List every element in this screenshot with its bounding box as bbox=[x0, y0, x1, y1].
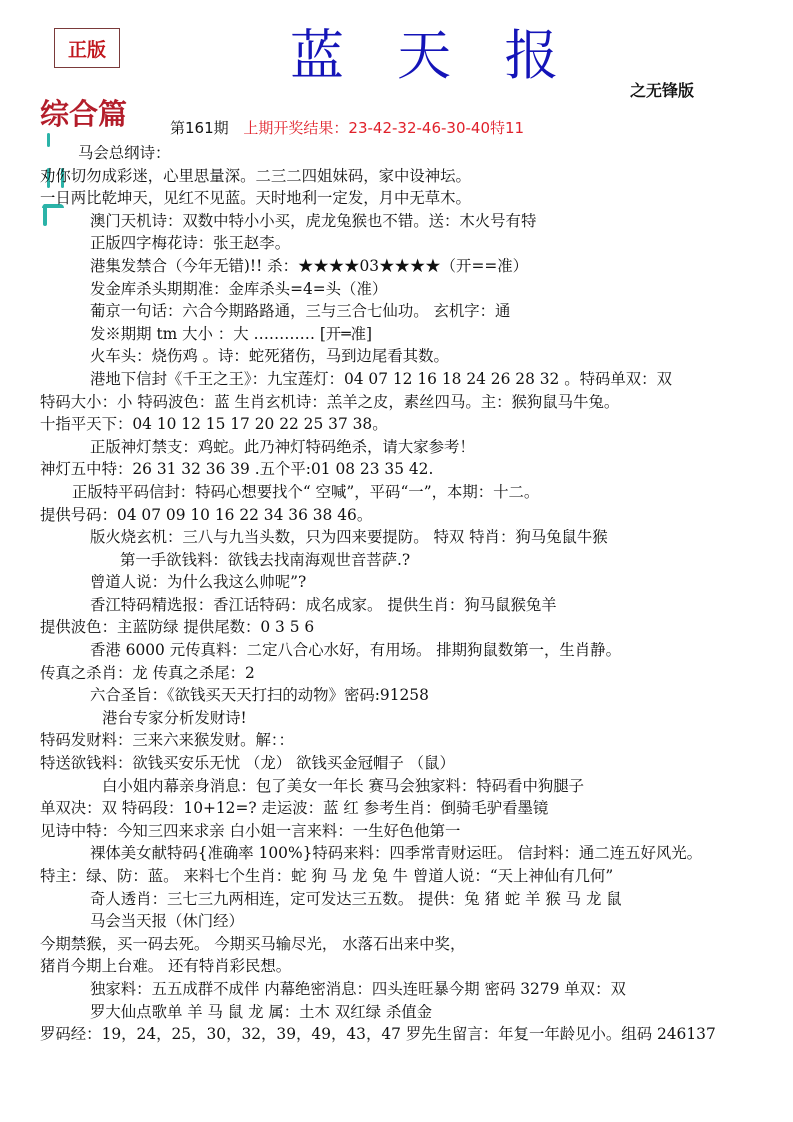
edition-label: 之无锋版 bbox=[630, 78, 694, 101]
text-line: 火车头：烧伤鸡 。诗：蛇死猪伤，马到边尾看其数。 bbox=[40, 345, 780, 368]
text-line: 提供号码：04 07 09 10 16 22 34 36 38 46。 bbox=[40, 504, 780, 527]
text-line: 特码发财料：三来六来猴发财。解：： bbox=[40, 729, 780, 752]
text-line: 葡京一句话：六合今期路路通，三与三合七仙功。 玄机字：通 bbox=[40, 300, 780, 323]
text-line: 特主：绿、防：蓝。 来料七个生肖：蛇 狗 马 龙 兔 牛 曾道人说：“天上神仙有… bbox=[40, 865, 780, 888]
text-line: 第一手欲钱料：欲钱去找南海观世音菩萨.? bbox=[40, 549, 780, 572]
text-line: 今期禁猴，买一码去死。 今期买马输尽光， 水落石出来中奖， bbox=[40, 933, 780, 956]
text-line: 猪肖今期上台难。 还有特肖彩民想。 bbox=[40, 955, 780, 978]
text-line: 版火烧玄机：三八与九当头数，只为四来要提防。 特双 特肖：狗马兔鼠牛猴 bbox=[40, 526, 780, 549]
text-line: 裸体美女献特码{准确率 100%}特码来料：四季常青财运旺。 信封料：通二连五好… bbox=[40, 842, 780, 865]
text-line: 发金库杀头期期准：金库杀头=4=头（准） bbox=[40, 278, 780, 301]
text-line: 一日两比乾坤天，见红不见蓝。天时地利一定发，月中无草木。 bbox=[40, 187, 780, 210]
issue-row: 第161期 上期开奖结果：23-42-32-46-30-40特11 bbox=[170, 117, 524, 138]
section-heading: 综合篇 bbox=[40, 92, 127, 133]
text-line: 六合圣旨：《欲钱买天天打扫的动物》密码:91258 bbox=[40, 684, 780, 707]
text-line: 罗码经：19，24，25，30，32，39，49，43，47 罗先生留言：年复一… bbox=[40, 1023, 780, 1046]
text-line: 白小姐内幕亲身消息：包了美女一年长 赛马会独家料：特码看中狗腿子 bbox=[40, 775, 780, 798]
text-line: 正版神灯禁支：鸡蛇。此乃神灯特码绝杀，请大家参考！ bbox=[40, 436, 780, 459]
text-line: 正版特平码信封：特码心想要找个“ 空喊”，平码“一”，本期：十二。 bbox=[40, 481, 780, 504]
authentic-edition-badge: 正版 bbox=[54, 28, 120, 68]
text-line: 见诗中特：今知三四来求亲 白小姐一言来料：一生好色他第一 bbox=[40, 820, 780, 843]
text-line: 神灯五中特：26 31 32 36 39 .五个平:01 08 23 35 42… bbox=[40, 458, 780, 481]
badge-label: 正版 bbox=[68, 35, 106, 62]
text-line: 澳门天机诗：双数中特小小买，虎龙兔猴也不错。送：木火号有特 bbox=[40, 210, 780, 233]
newspaper-title: 蓝 天 报 bbox=[290, 26, 576, 86]
issue-number: 第161期 bbox=[170, 119, 229, 137]
text-line: 十指平天下：04 10 12 15 17 20 22 25 37 38。 bbox=[40, 413, 780, 436]
text-line: 曾道人说：为什么我这么帅呢”? bbox=[40, 571, 780, 594]
last-draw-result: 上期开奖结果：23-42-32-46-30-40特11 bbox=[243, 119, 524, 137]
text-line: 单双决：双 特码段：10+12=? 走运波：蓝 红 参考生肖：倒骑毛驴看墨镜 bbox=[40, 797, 780, 820]
text-line: 特送欲钱料：欲钱买安乐无忧 （龙） 欲钱买金冠帽子 （鼠） bbox=[40, 752, 780, 775]
text-line: 马会总纲诗： bbox=[40, 142, 780, 165]
text-line: 奇人透肖：三七三九两相连，定可发达三五数。 提供：兔 猪 蛇 羊 猴 马 龙 鼠 bbox=[40, 888, 780, 911]
text-line: 劝你切勿成彩迷，心里思量深。二三二四姐妹码，家中设神坛。 bbox=[40, 165, 780, 188]
text-line: 正版四字梅花诗：张王赵李。 bbox=[40, 232, 780, 255]
text-line: 发※期期 tm 大小 ：大 ………… [开═准] bbox=[40, 323, 780, 346]
text-line: 港台专家分析发财诗! bbox=[40, 707, 780, 730]
text-line: 香港 6000 元传真料：二定八合心水好，有用场。 排期狗鼠数第一，生肖静。 bbox=[40, 639, 780, 662]
text-line: 传真之杀肖：龙 传真之杀尾：2 bbox=[40, 662, 780, 685]
document-body: 马会总纲诗： 劝你切勿成彩迷，心里思量深。二三二四姐妹码，家中设神坛。 一日两比… bbox=[40, 142, 780, 1046]
text-line: 港地下信封《千王之王》：九宝莲灯：04 07 12 16 18 24 26 28… bbox=[40, 368, 780, 391]
text-line: 马会当天报（休门经） bbox=[40, 910, 780, 933]
text-line: 提供波色：主蓝防绿 提供尾数：0 3 5 6 bbox=[40, 616, 780, 639]
text-line: 罗大仙点歌单 羊 马 鼠 龙 属：土木 双红绿 杀值金 bbox=[40, 1001, 780, 1024]
text-line: 独家料：五五成群不成伴 内幕绝密消息：四头连旺暴今期 密码 3279 单双：双 bbox=[40, 978, 780, 1001]
text-line: 香江特码精选报：香江话特码：成名成家。 提供生肖：狗马鼠猴兔羊 bbox=[40, 594, 780, 617]
text-line: 特码大小：小 特码波色：蓝 生肖玄机诗：羔羊之皮，素丝四马。主：猴狗鼠马牛兔。 bbox=[40, 391, 780, 414]
text-line: 港集发禁合（今年无错)!! 杀：★★★★03★★★★（开==准） bbox=[40, 255, 780, 278]
